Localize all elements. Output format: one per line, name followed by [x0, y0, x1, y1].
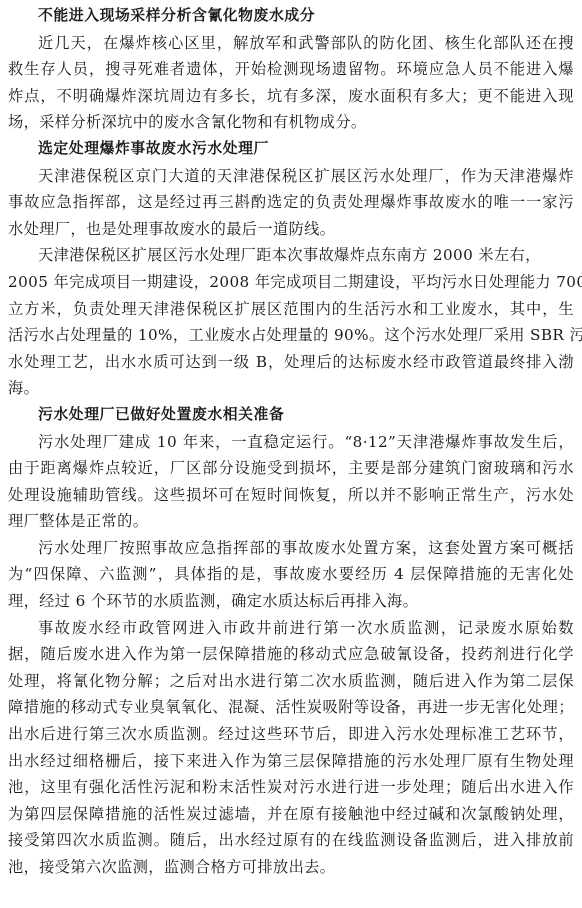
paragraph: 污水处理厂按照事故应急指挥部的事故废水处置方案，这套处置方案可概括 为“四保障、… [8, 535, 574, 615]
paragraph-line: 立方米，负责处理天津港保税区扩展区范围内的生活污水和工业废水，其中，生 [8, 296, 574, 323]
document-page: 不能进入现场采样分析含氰化物废水成分 近几天，在爆炸核心区里，解放军和武警部队的… [8, 3, 574, 881]
paragraph-line: 事故应急指挥部，这是经过再三斟酌选定的负责处理爆炸事故废水的唯一一家污 [8, 189, 574, 216]
heading-text: 选定处理爆炸事故废水污水处理厂 [8, 136, 574, 163]
paragraph: 天津港保税区扩展区污水处理厂距本次事故爆炸点东南方 2000 米左右， 2005… [8, 242, 574, 402]
paragraph-line: 水处理工艺，出水水质可达到一级 B，处理后的达标废水经市政管道最终排入渤 [8, 349, 574, 376]
paragraph-line: 处理，将氰化物分解；之后对出水进行第二次水质监测，随后进入作为第二层保 [8, 668, 574, 695]
paragraph-line: 出水经过细格栅后，接下来进入作为第三层保障措施的污水处理厂原有生物处理 [8, 748, 574, 775]
section-heading: 选定处理爆炸事故废水污水处理厂 [8, 136, 574, 163]
paragraph-line: 处理设施辅助管线。这些损坏可在短时间恢复，所以并不影响正常生产，污水处 [8, 482, 574, 509]
paragraph-line: 场，采样分析深坑中的废水含氰化物和有机物成分。 [8, 109, 574, 136]
paragraph-line: 炸点，不明确爆炸深坑周边有多长，坑有多深，废水面积有多大；更不能进入现 [8, 83, 574, 110]
paragraph: 近几天，在爆炸核心区里，解放军和武警部队的防化团、核生化部队还在搜 救生存人员，… [8, 30, 574, 136]
paragraph-line: 2005 年完成项目一期建设，2008 年完成项目二期建设，平均污水日处理能力 … [8, 269, 574, 296]
paragraph: 事故废水经市政管网进入市政井前进行第一次水质监测，记录废水原始数 据，随后废水进… [8, 615, 574, 881]
heading-text: 不能进入现场采样分析含氰化物废水成分 [8, 3, 574, 30]
paragraph-line: 由于距离爆炸点较近，厂区部分设施受到损坏，主要是部分建筑门窗玻璃和污水 [8, 455, 574, 482]
paragraph-line: 池，接受第六次监测，监测合格方可排放出去。 [8, 854, 574, 881]
heading-text: 污水处理厂已做好处置废水相关准备 [8, 402, 574, 429]
paragraph-line: 天津港保税区扩展区污水处理厂距本次事故爆炸点东南方 2000 米左右， [8, 242, 574, 269]
paragraph-line: 为“四保障、六监测”，具体指的是，事故废水要经历 4 层保障措施的无害化处 [8, 561, 574, 588]
paragraph-line: 污水处理厂按照事故应急指挥部的事故废水处置方案，这套处置方案可概括 [8, 535, 574, 562]
paragraph-line: 救生存人员，搜寻死难者遗体，开始检测现场遗留物。环境应急人员不能进入爆 [8, 56, 574, 83]
paragraph-line: 天津港保税区京门大道的天津港保税区扩展区污水处理厂，作为天津港爆炸 [8, 163, 574, 190]
paragraph-line: 海。 [8, 375, 574, 402]
paragraph-line: 为第四层保障措施的活性炭过滤墙，并在原有接触池中经过碱和次氯酸钠处理， [8, 801, 574, 828]
paragraph-line: 理厂整体是正常的。 [8, 508, 574, 535]
section-heading: 污水处理厂已做好处置废水相关准备 [8, 402, 574, 429]
paragraph: 污水处理厂建成 10 年来，一直稳定运行。“8·12”天津港爆炸事故发生后， 由… [8, 429, 574, 535]
paragraph-line: 水处理厂，也是处理事故废水的最后一道防线。 [8, 216, 574, 243]
paragraph-line: 出水后进行第三次水质监测。经过这些环节后，即进入污水处理标准工艺环节， [8, 721, 574, 748]
paragraph-line: 活污水占处理量的 10%，工业废水占处理量的 90%。这个污水处理厂采用 SBR… [8, 322, 574, 349]
section-heading: 不能进入现场采样分析含氰化物废水成分 [8, 3, 574, 30]
paragraph-line: 理，经过 6 个环节的水质监测，确定水质达标后再排入海。 [8, 588, 574, 615]
paragraph-line: 接受第四次水质监测。随后，出水经过原有的在线监测设备监测后，进入排放前 [8, 827, 574, 854]
paragraph-line: 近几天，在爆炸核心区里，解放军和武警部队的防化团、核生化部队还在搜 [8, 30, 574, 57]
paragraph-line: 事故废水经市政管网进入市政井前进行第一次水质监测，记录废水原始数 [8, 615, 574, 642]
paragraph-line: 据，随后废水进入作为第一层保障措施的移动式应急破氰设备，投药剂进行化学 [8, 641, 574, 668]
paragraph-line: 池，这里有强化活性污泥和粉末活性炭对污水进行进一步处理；随后出水进入作 [8, 774, 574, 801]
paragraph-line: 障措施的移动式专业臭氧氧化、混凝、活性炭吸附等设备，再进一步无害化处理； [8, 694, 574, 721]
paragraph: 天津港保税区京门大道的天津港保税区扩展区污水处理厂，作为天津港爆炸 事故应急指挥… [8, 163, 574, 243]
paragraph-line: 污水处理厂建成 10 年来，一直稳定运行。“8·12”天津港爆炸事故发生后， [8, 429, 574, 456]
